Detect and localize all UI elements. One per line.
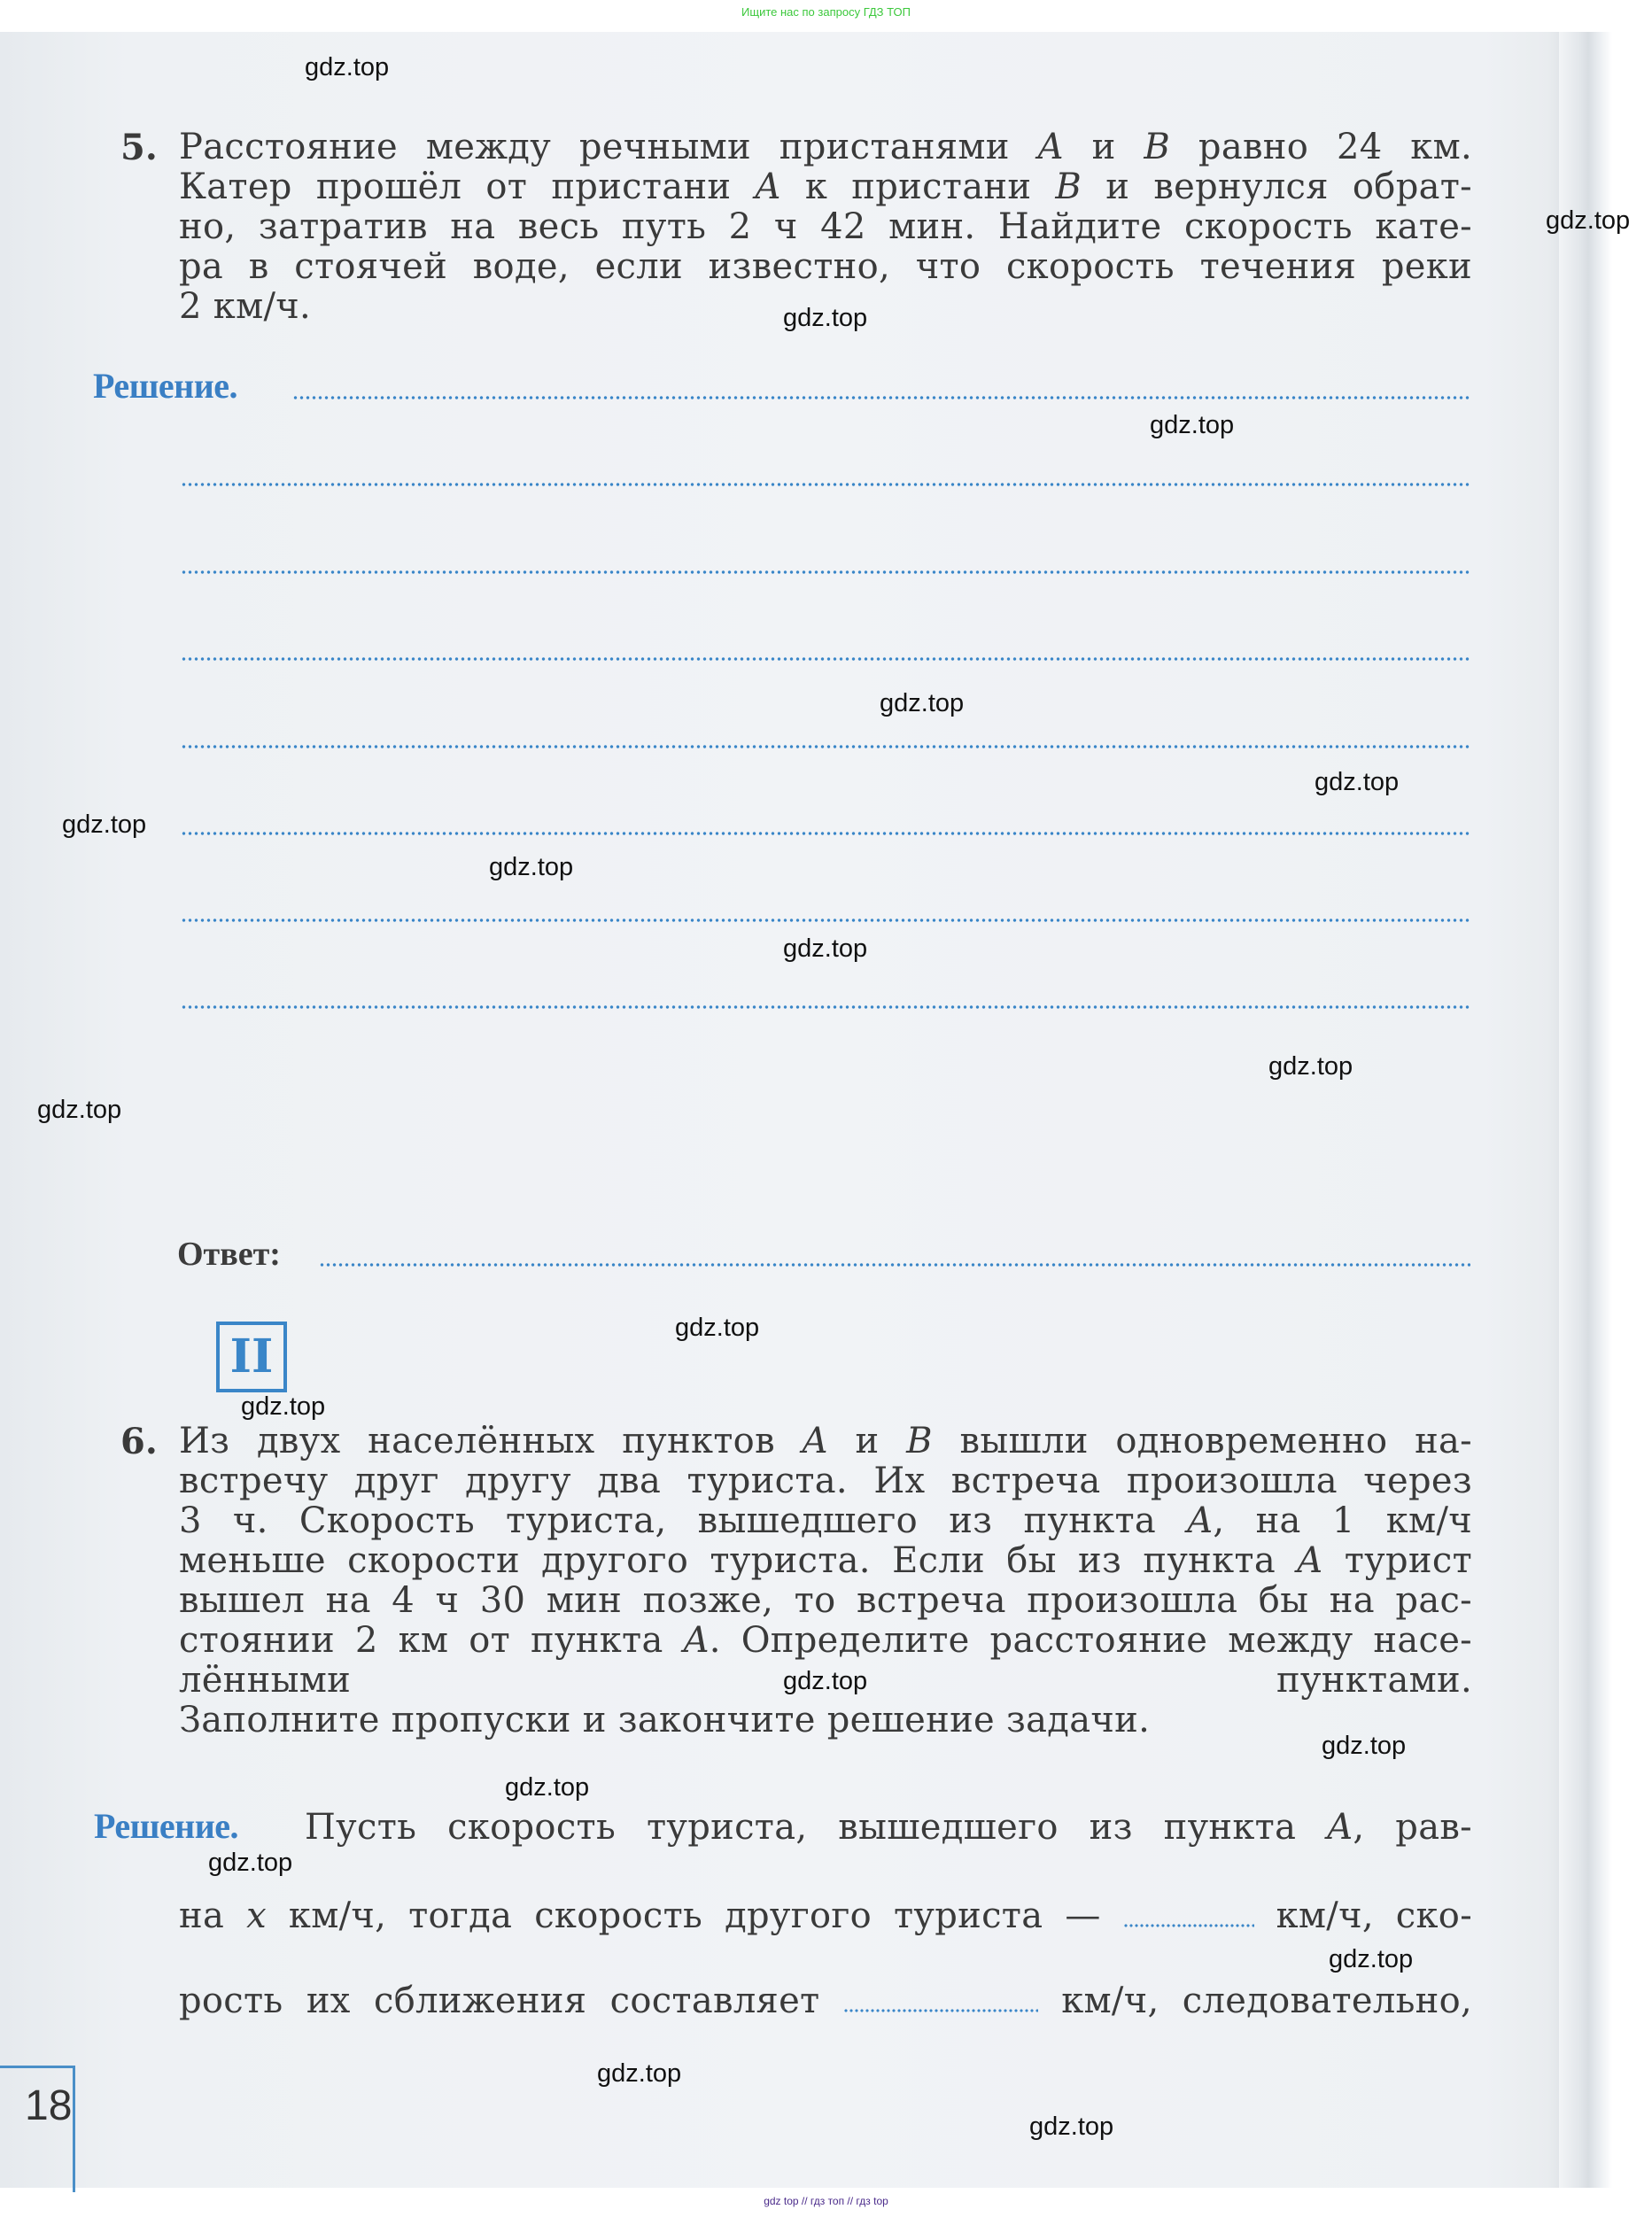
point-label: B [1055, 167, 1082, 207]
text-line: Заполните пропуски и закончите решение з… [179, 1700, 1472, 1740]
watermark-text: gdz.top [505, 1773, 589, 1802]
bottom-banner[interactable]: gdz top // гдз топ // гдз top [0, 2195, 1652, 2207]
point-label: A [803, 1421, 828, 1461]
watermark-text: gdz.top [783, 304, 867, 333]
solution-writing-line[interactable] [181, 1005, 1470, 1009]
solution-writing-line[interactable] [181, 483, 1470, 486]
watermark-text: gdz.top [1546, 206, 1630, 236]
point-label: A [1187, 1500, 1213, 1541]
text-fragment: , рав- [1353, 1807, 1472, 1848]
watermark-text: gdz.top [305, 53, 389, 82]
text-fragment: на [179, 1895, 246, 1936]
watermark-text: gdz.top [1268, 1052, 1353, 1081]
text-line: встречу друг другу два туриста. Их встре… [179, 1461, 1472, 1501]
watermark-text: gdz.top [1329, 1945, 1413, 1974]
text-fragment: Расстояние между речными пристанями [179, 127, 1038, 167]
text-line: 3 ч. Скорость туриста, вышедшего из пунк… [179, 1500, 1472, 1541]
point-label: A [1297, 1540, 1322, 1581]
watermark-text: gdz.top [62, 810, 146, 840]
point-label: A [1327, 1807, 1353, 1848]
point-label: B [1144, 127, 1170, 167]
text-fragment: но, затратив на весь путь 2 ч 42 мин. На… [179, 206, 1472, 247]
text-fragment: Пусть скорость туриста, вышедшего из пун… [305, 1807, 1327, 1848]
text-fragment: км/ч, тогда скорость другого туриста — [267, 1895, 1101, 1936]
text-fragment: и [828, 1421, 906, 1461]
variable-x: x [246, 1895, 267, 1936]
difficulty-level-badge: II [216, 1322, 287, 1392]
text-fragment: стоянии 2 км от пункта [179, 1620, 684, 1661]
problem-5-number: 5. [120, 127, 158, 168]
point-label: A [684, 1620, 710, 1661]
text-line: но, затратив на весь путь 2 ч 42 мин. На… [179, 206, 1472, 247]
text-fragment: к пристани [781, 167, 1056, 207]
watermark-text: gdz.top [208, 1849, 292, 1878]
watermark-text: gdz.top [1150, 411, 1234, 440]
page-gutter [1559, 32, 1612, 2188]
text-fragment: вышли одновременно на- [933, 1421, 1472, 1461]
text-line: ра в стоячей воде, если известно, что ск… [179, 246, 1472, 287]
text-line: вышел на 4 ч 30 мин позже, то встреча пр… [179, 1580, 1472, 1621]
watermark-text: gdz.top [489, 853, 573, 882]
text-fragment: и вернулся обрат- [1082, 167, 1472, 207]
page-number: 18 [25, 2081, 72, 2130]
text-fragment: км/ч, ско- [1276, 1895, 1472, 1936]
watermark-text: gdz.top [675, 1314, 759, 1343]
problem-6-solution-label: Решение. [94, 1805, 238, 1847]
problem-6-solution-line-1: Пусть скорость туриста, вышедшего из пун… [305, 1807, 1472, 1848]
solution-writing-line[interactable] [181, 657, 1470, 661]
text-fragment: 3 ч. Скорость туриста, вышедшего из пунк… [179, 1500, 1187, 1541]
solution-writing-line[interactable] [181, 570, 1470, 574]
solution-writing-line[interactable] [181, 745, 1470, 748]
text-fragment: ра в стоячей воде, если известно, что ск… [179, 246, 1472, 287]
text-fragment: вышел на 4 ч 30 мин позже, то встреча пр… [179, 1580, 1472, 1621]
watermark-text: gdz.top [1322, 1732, 1406, 1761]
text-fragment: меньше скорости другого туриста. Если бы… [179, 1540, 1297, 1581]
problem-6-solution-line-2: на x км/ч, тогда скорость другого турист… [179, 1895, 1472, 1936]
watermark-text: gdz.top [783, 1667, 867, 1696]
watermark-text: gdz.top [1029, 2112, 1113, 2142]
text-fragment: рость их сближения составляет [179, 1981, 819, 2021]
text-fragment: встречу друг другу два туриста. Их встре… [179, 1461, 1472, 1501]
solution-writing-line[interactable] [292, 396, 1470, 399]
text-fragment: км/ч, следовательно, [1061, 1981, 1472, 2021]
text-fragment: равно 24 км. [1170, 127, 1472, 167]
solution-writing-line[interactable] [181, 832, 1470, 835]
text-fragment: турист [1322, 1540, 1472, 1581]
text-fragment: Заполните пропуски и закончите решение з… [179, 1700, 1150, 1740]
text-fragment: и [1064, 127, 1144, 167]
blank-closing-speed[interactable] [843, 2009, 1038, 2012]
problem-6-number: 6. [120, 1421, 158, 1462]
text-line: Из двух населённых пунктов A и B вышли о… [179, 1421, 1472, 1461]
text-line: Катер прошёл от пристани A к пристани B … [179, 167, 1472, 207]
problem-5-answer-label: Ответ: [177, 1235, 281, 1274]
problem-6-solution-line-3: рость их сближения составляет км/ч, след… [179, 1981, 1472, 2021]
watermark-text: gdz.top [1315, 768, 1399, 797]
point-label: B [906, 1421, 933, 1461]
watermark-text: gdz.top [597, 2059, 681, 2089]
watermark-text: gdz.top [880, 689, 964, 718]
solution-writing-line[interactable] [181, 919, 1470, 922]
point-label: A [756, 167, 781, 207]
watermark-text: gdz.top [783, 934, 867, 964]
text-fragment: . Определите расстояние между насе- [710, 1620, 1472, 1661]
text-fragment: , на 1 км/ч [1213, 1500, 1472, 1541]
text-line: стоянии 2 км от пункта A. Определите рас… [179, 1620, 1472, 1661]
text-fragment: 2 км/ч. [179, 286, 311, 327]
text-line: меньше скорости другого туриста. Если бы… [179, 1540, 1472, 1581]
blank-other-speed[interactable] [1123, 1924, 1254, 1927]
point-label: A [1038, 127, 1064, 167]
problem-5-solution-label: Решение. [93, 365, 237, 407]
problem-5-answer-field[interactable] [319, 1263, 1470, 1267]
top-banner[interactable]: Ищите нас по запросу ГДЗ ТОП [0, 5, 1652, 19]
watermark-text: gdz.top [241, 1392, 325, 1422]
watermark-text: gdz.top [37, 1096, 121, 1125]
text-fragment: Из двух населённых пунктов [179, 1421, 803, 1461]
text-line: Расстояние между речными пристанями A и … [179, 127, 1472, 167]
text-fragment: Катер прошёл от пристани [179, 167, 756, 207]
